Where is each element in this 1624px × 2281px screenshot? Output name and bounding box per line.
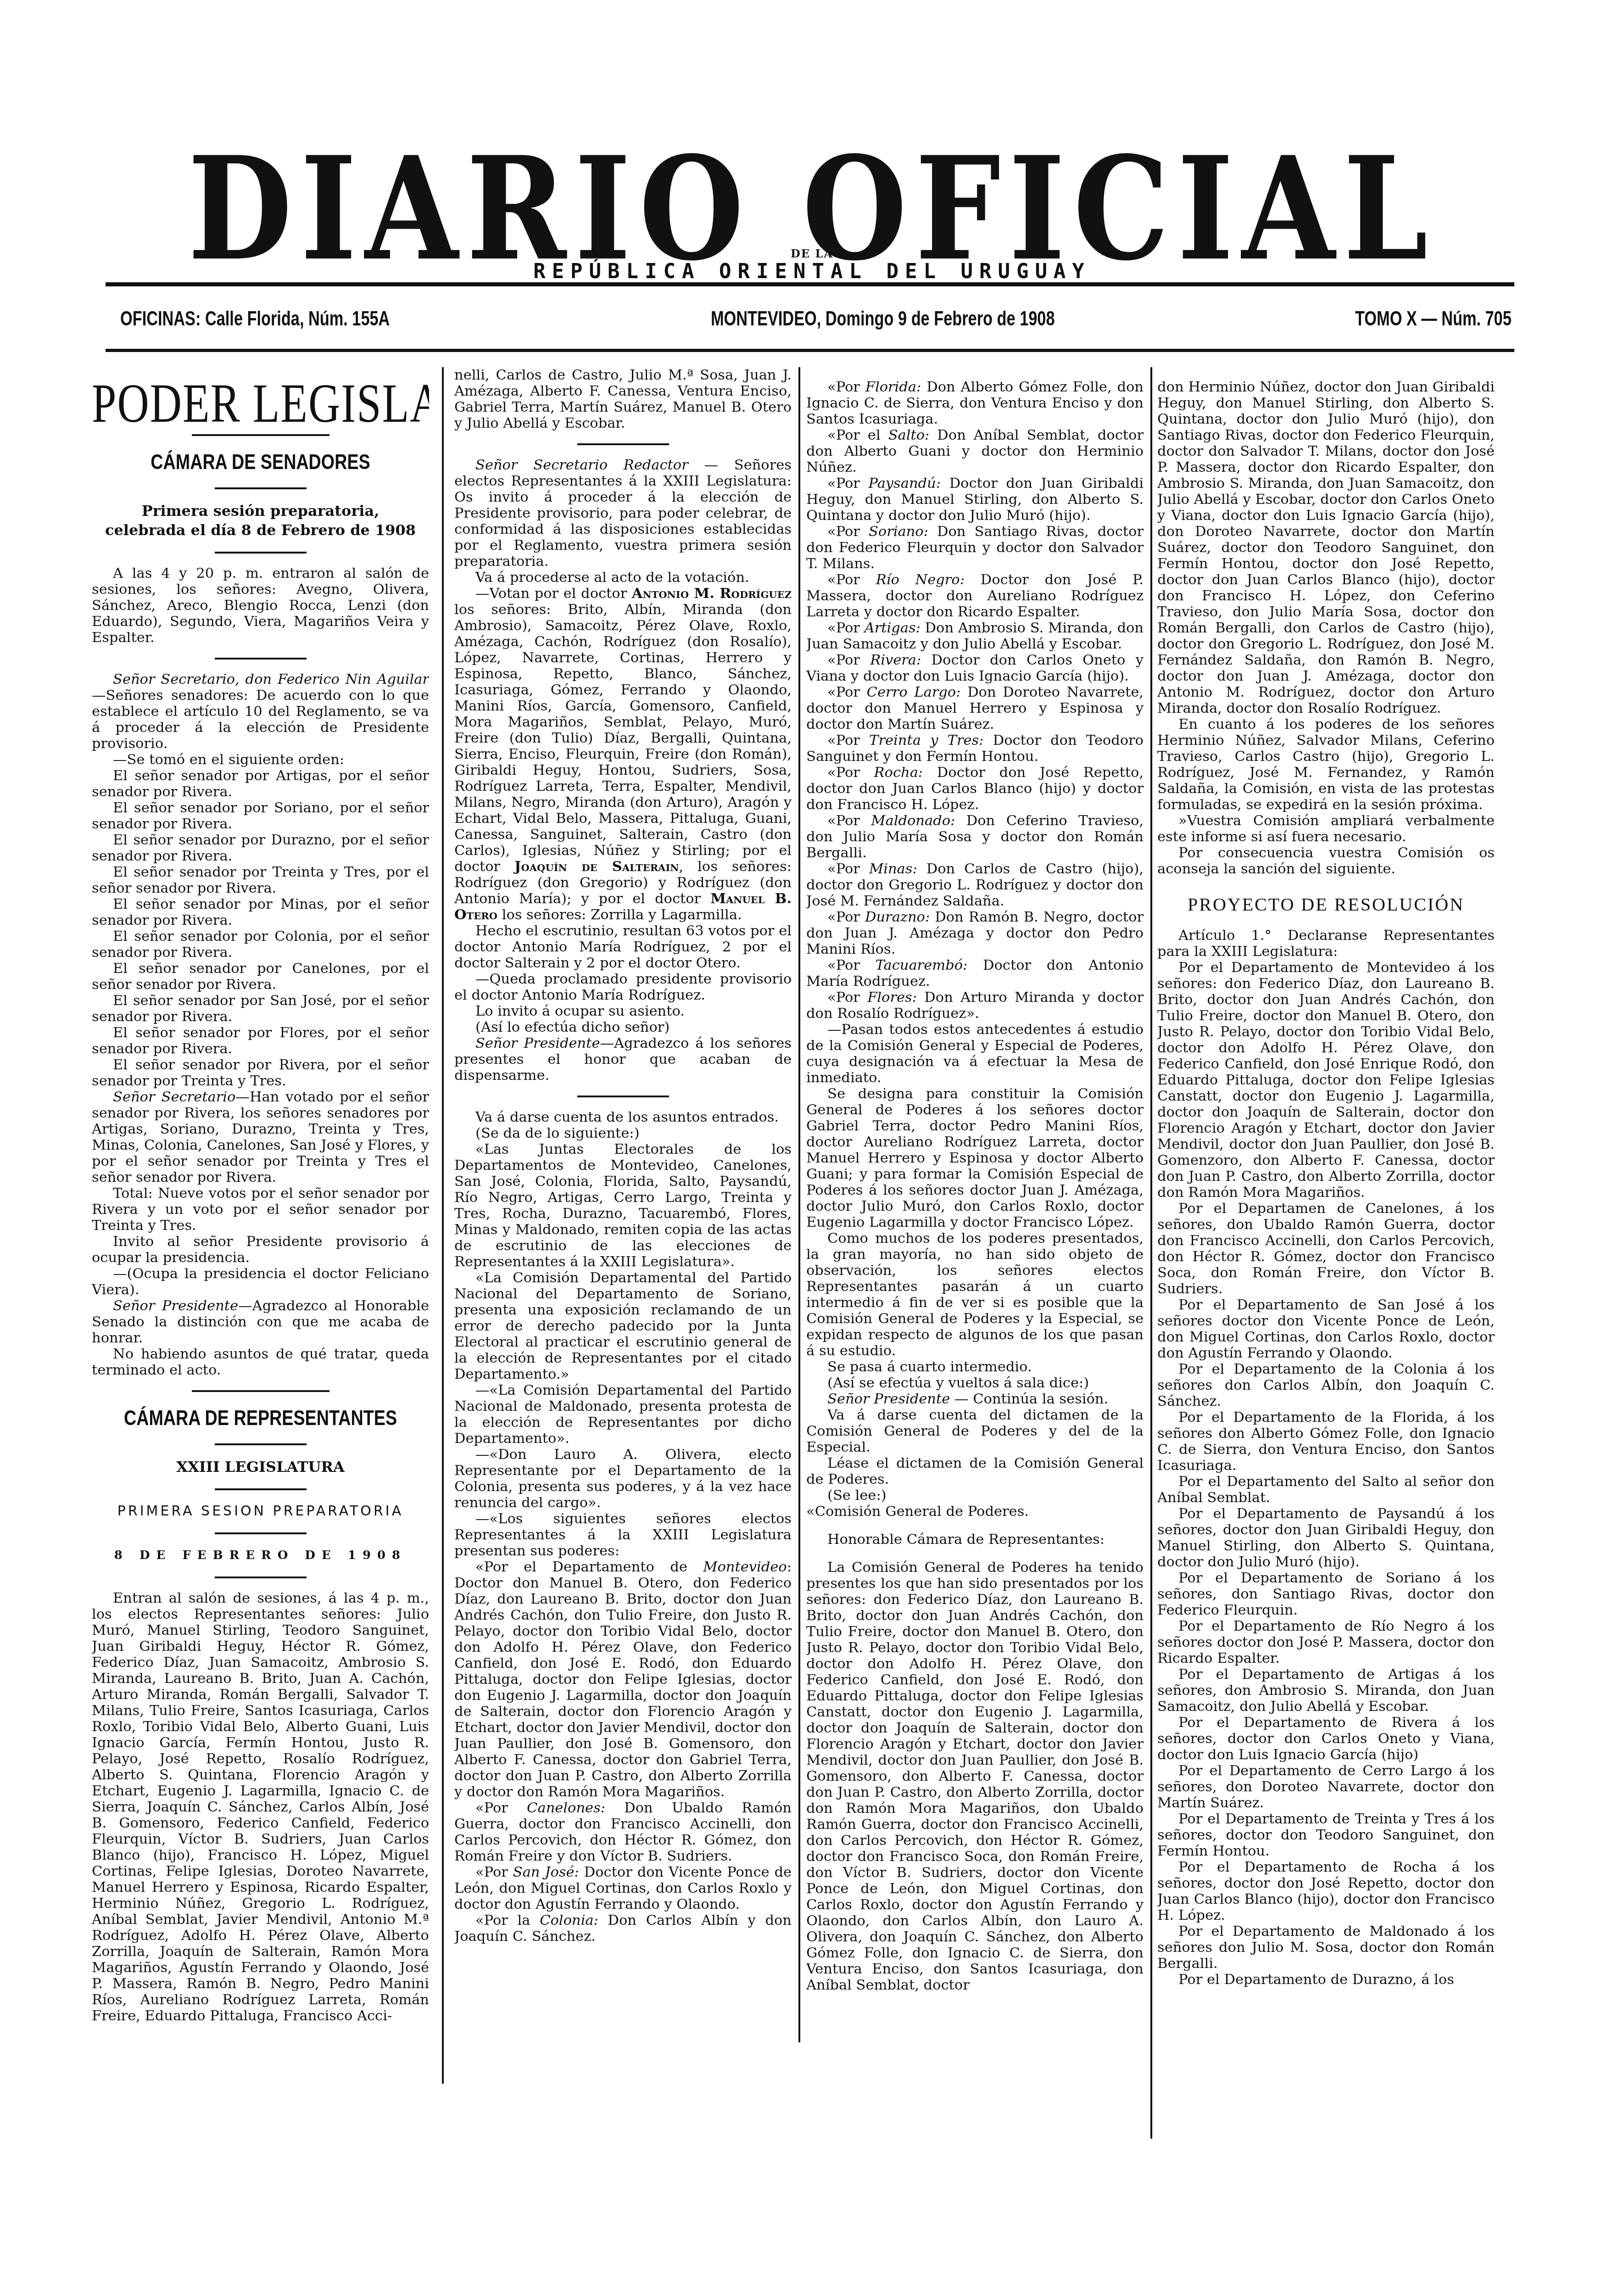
paragraph: Por el Departamen de Canelones, á los se… (1157, 1201, 1495, 1297)
section-rule (215, 1443, 307, 1445)
paragraph: —Pasan todos estos antecedentes á estudi… (806, 1022, 1144, 1086)
text-run: El señor senador por Durazno, por el señ… (92, 832, 429, 864)
paragraph: Por el Departamento de Río Negro á los s… (1157, 1618, 1495, 1666)
speaker-label: Río Negro: (876, 572, 965, 588)
text-run: «Las Juntas Electorales de los Departame… (454, 1141, 792, 1270)
text-run: —(Ocupa la presidencia el doctor Felicia… (92, 1266, 429, 1298)
text-run: «Por (827, 813, 871, 829)
text-run: «Por (475, 1800, 527, 1816)
text-run: Por el Departamento de Río Negro á los s… (1157, 1618, 1495, 1666)
text-run: — Continúa la sesión. (950, 1391, 1108, 1407)
text-run: Va á darse cuenta del dictamen de la Com… (806, 1407, 1144, 1455)
text-run: — Señores electos Representantes á la XX… (454, 457, 792, 570)
paragraph: «Por Cerro Largo: Don Doroteo Navarrete,… (806, 684, 1144, 732)
speaker-label: Señor Presidente (475, 1035, 600, 1051)
text-run: En cuanto á los poderes de los señores H… (1157, 716, 1495, 813)
paragraph: Por el Departamento de la Colonia á los … (1157, 1361, 1495, 1409)
speaker-label: Montevideo (703, 1559, 787, 1575)
text-run: don Herminio Núñez, doctor don Juan Giri… (1157, 379, 1495, 716)
text-run: «Comisión General de Poderes. (806, 1504, 1029, 1520)
paragraph: Lo invito á ocupar su asiento. (454, 1003, 792, 1019)
text-run: El señor senador por Soriano, por el señ… (92, 800, 429, 832)
text-run: Por el Departamento de Rivera á los seño… (1157, 1715, 1495, 1763)
text-run: El señor senador por Rivera, por el seño… (92, 1057, 429, 1089)
text-run: «Por (827, 652, 870, 668)
paragraph: El señor senador por San José, por el se… (92, 993, 429, 1025)
text-run: El señor senador por Treinta y Tres, por… (92, 864, 429, 896)
paragraph: Por consecuencia vuestra Comisión os aco… (1157, 845, 1495, 877)
section-heading: XXIII LEGISLATURA (92, 1457, 429, 1476)
section-rule (577, 1096, 669, 1097)
text-run: Por el Departamento de Maldonado á los s… (1157, 1923, 1495, 1972)
paragraph: El señor senador por Rivera, por el seño… (92, 1057, 429, 1089)
candidate-name: Antonio M. Rodríguez (632, 585, 792, 602)
text-run: «Por (827, 765, 874, 781)
paragraph: Señor Presidente—Agradezco á los señores… (454, 1035, 792, 1084)
spacer (806, 367, 1144, 379)
paragraph: —«La Comisión Departamental del Partido … (454, 1382, 792, 1447)
speaker-label: San José: (513, 1864, 579, 1880)
column-divider (442, 367, 444, 2084)
text-run: Por consecuencia vuestra Comisión os aco… (1157, 845, 1495, 877)
paragraph: —Votan por el doctor Antonio M. Rodrígue… (454, 586, 792, 923)
paragraph: Léase el dictamen de la Comisión General… (806, 1455, 1144, 1487)
paragraph: —Se tomó en el siguiente orden: (92, 752, 429, 768)
column-1: PODER LEGISLATIVOCÁMARA DE SENADORESPrim… (92, 367, 429, 2240)
section-heading: CÁMARA DE REPRESENTANTES (122, 1404, 399, 1431)
paragraph: «Por Río Negro: Doctor don José P. Masse… (806, 572, 1144, 620)
column-divider (1150, 367, 1152, 2139)
text-run: —«La Comisión Departamental del Partido … (454, 1382, 792, 1447)
paragraph: Señor Secretario Redactor — Señores elec… (454, 457, 792, 570)
paragraph: Por el Departamento del Salto al señor d… (1157, 1474, 1495, 1506)
masthead-de-la: DE LA (0, 247, 1624, 260)
paragraph: El señor senador por Colonia, por el señ… (92, 928, 429, 961)
paragraph: «Por Florida: Don Alberto Gómez Folle, d… (806, 379, 1144, 427)
text-run: La Comisión General de Poderes ha tenido… (806, 1560, 1144, 1993)
speaker-label: Señor Presidente (113, 1298, 238, 1314)
text-run: A las 4 y 20 p. m. entraron al salón de … (92, 565, 429, 646)
text-run: El señor senador por Canelones, por el s… (92, 961, 429, 993)
spacer (1157, 367, 1495, 379)
paragraph: Por el Departamento de Paysandú á los se… (1157, 1506, 1495, 1570)
text-run: «Por (475, 1864, 513, 1880)
paragraph: Total: Nueve votos por el señor senador … (92, 1185, 429, 1234)
paragraph: Por el Departamento de Cerro Largo á los… (1157, 1763, 1495, 1811)
speaker-label: Treinta y Tres: (869, 732, 983, 749)
paragraph: Por el Departamento de Montevideo á los … (1157, 960, 1495, 1201)
paragraph: «Por Rivera: Doctor don Carlos Oneto y V… (806, 652, 1144, 684)
text-run: (Se da de lo siguiente:) (475, 1125, 640, 1141)
section-heading: CÁMARA DE SENADORES (122, 448, 399, 475)
text-run: —«Don Lauro A. Olivera, electo Represent… (454, 1447, 792, 1511)
text-run: «Por el Departamento de (475, 1559, 703, 1575)
candidate-name: Joaquín de Salterain (514, 858, 679, 875)
speaker-label: Cerro Largo: (867, 684, 961, 700)
newspaper-page: DIARIO OFICIAL DE LA REPÚBLICA ORIENTAL … (0, 0, 1624, 2281)
text-run: —Pasan todos estos antecedentes á estudi… (806, 1022, 1144, 1086)
paragraph: Se pasa á cuarto intermedio. (806, 1359, 1144, 1375)
paragraph: «Por Treinta y Tres: Doctor don Teodoro … (806, 732, 1144, 765)
text-run: Va á procederse al acto de la votación. (475, 570, 749, 586)
paragraph: «Por Minas: Don Carlos de Castro (hijo),… (806, 861, 1144, 909)
paragraph: «Por Paysandú: Doctor don Juan Giribaldi… (806, 475, 1144, 524)
paragraph: Hecho el escrutinio, resultan 63 votos p… (454, 923, 792, 971)
paragraph: Por el Departamento de Treinta y Tres á … (1157, 1811, 1495, 1859)
paragraph: A las 4 y 20 p. m. entraron al salón de … (92, 565, 429, 646)
text-run: Léase el dictamen de la Comisión General… (806, 1455, 1144, 1487)
paragraph: «La Comisión Departamental del Partido N… (454, 1270, 792, 1382)
paragraph: Por el Departamento de Rivera á los seño… (1157, 1715, 1495, 1763)
paragraph: «Comisión General de Poderes. (806, 1504, 1144, 1520)
speaker-label: Canelones: (527, 1800, 605, 1816)
speaker-label: Flores: (867, 990, 917, 1006)
text-run: Honorable Cámara de Representantes: (827, 1532, 1105, 1548)
section-rule (215, 1488, 307, 1490)
text-run: Por el Departamento de la Colonia á los … (1157, 1361, 1495, 1409)
text-run: «Por (827, 990, 867, 1006)
paragraph: (Se lee:) (806, 1487, 1144, 1504)
paragraph: «Por Maldonado: Don Ceferino Travieso, d… (806, 813, 1144, 861)
text-run: Por el Departamento de Montevideo á los … (1157, 960, 1495, 1201)
paragraph: Por el Departamento de Soriano á los señ… (1157, 1570, 1495, 1618)
text-run: Invito al señor Presidente provisorio á … (92, 1234, 429, 1266)
paragraph: El señor senador por Soriano, por el señ… (92, 800, 429, 832)
section-rule (577, 443, 669, 445)
paragraph: «Por la Colonia: Don Carlos Albín y don … (454, 1912, 792, 1945)
section-rule (215, 1532, 307, 1534)
section-rule (215, 552, 307, 553)
speaker-label: Señor Secretario (113, 1089, 235, 1105)
text-run: El señor senador por Artigas, por el señ… (92, 768, 429, 800)
paragraph: «Las Juntas Electorales de los Departame… (454, 1141, 792, 1270)
paragraph: (Así se efectúa y vueltos á sala dice:) (806, 1375, 1144, 1391)
text-run: «Por (827, 620, 865, 636)
text-run: No habiendo asuntos de qué tratar, queda… (92, 1346, 429, 1378)
text-run: Va á darse cuenta de los asuntos entrado… (475, 1109, 779, 1125)
paragraph: Se designa para constituir la Comisión G… (806, 1086, 1144, 1230)
paragraph: En cuanto á los poderes de los señores H… (1157, 716, 1495, 813)
text-run: «Por (827, 957, 876, 973)
section-rule (215, 487, 307, 489)
paragraph: «Por San José: Doctor don Vicente Ponce … (454, 1864, 792, 1912)
speaker-label: Señor Secretario, don Federico Nin Aguil… (113, 671, 429, 688)
text-run: Por el Departamento de Durazno, á los (1178, 1972, 1454, 1988)
paragraph: don Herminio Núñez, doctor don Juan Giri… (1157, 379, 1495, 716)
paragraph: Por el Departamento de Durazno, á los (1157, 1972, 1495, 1988)
text-run: Por el Departamento del Salto al señor d… (1157, 1474, 1495, 1506)
paragraph: «Por Soriano: Don Santiago Rivas, doctor… (806, 524, 1144, 572)
speaker-label: Durazno: (865, 909, 930, 925)
text-run: nelli, Carlos de Castro, Julio M.ª Sosa,… (454, 367, 792, 431)
text-run: Por el Departamen de Canelones, á los se… (1157, 1201, 1495, 1297)
speaker-label: Artigas: (865, 620, 921, 636)
text-run: «Por (827, 379, 865, 395)
spacer (806, 1548, 1144, 1560)
column-4: don Herminio Núñez, doctor don Juan Giri… (1157, 367, 1495, 2240)
text-run: «La Comisión Departamental del Partido N… (454, 1270, 792, 1382)
text-run: »Vuestra Comisión ampliará verbalmente e… (1157, 813, 1495, 845)
section-heading: PODER LEGISLATIVO (92, 372, 429, 435)
speaker-label: Rocha: (874, 765, 923, 781)
speaker-label: Maldonado: (871, 813, 955, 829)
text-run: (Así se efectúa y vueltos á sala dice:) (827, 1375, 1089, 1391)
paragraph: Va á procederse al acto de la votación. (454, 570, 792, 586)
paragraph: (Se da de lo siguiente:) (454, 1125, 792, 1141)
text-run: Se designa para constituir la Comisión G… (806, 1086, 1144, 1230)
masthead-rule-top (106, 282, 1514, 286)
speaker-label: Señor Secretario Redactor (475, 457, 688, 473)
masthead-subtitle: REPÚBLICA ORIENTAL DEL URUGUAY (0, 260, 1624, 283)
text-run: «Por (827, 572, 876, 588)
text-run: (Se lee:) (827, 1487, 887, 1504)
offices-address: OFICINAS: Calle Florida, Núm. 155A (120, 307, 390, 330)
paragraph: Entran al salón de sesiones, á las 4 p. … (92, 1590, 429, 2024)
speaker-label: Minas: (869, 861, 917, 877)
paragraph: «Por el Departamento de Montevideo: Doct… (454, 1559, 792, 1800)
speaker-label: Florida: (865, 379, 921, 395)
text-run: (Así lo efectúa dicho señor) (475, 1019, 670, 1035)
info-bar: OFICINAS: Calle Florida, Núm. 155A MONTE… (120, 307, 1205, 335)
paragraph: —«Los siguientes señores electos Represe… (454, 1511, 792, 1559)
paragraph: Honorable Cámara de Representantes: (806, 1532, 1144, 1548)
text-run: El señor senador por Flores, por el seño… (92, 1025, 429, 1057)
text-run: Por el Departamento de Rocha á los señor… (1157, 1859, 1495, 1923)
text-run: «Por el (827, 427, 888, 443)
section-heading: celebrada el día 8 de Febrero de 1908 (92, 520, 429, 540)
text-run: —Queda proclamado presidente provisorio … (454, 971, 792, 1003)
paragraph: Por el Departamento de Rocha á los señor… (1157, 1859, 1495, 1923)
paragraph: Señor Secretario, don Federico Nin Aguil… (92, 671, 429, 752)
text-run: Por el Departamento de Paysandú á los se… (1157, 1506, 1495, 1570)
paragraph: Va á darse cuenta de los asuntos entrado… (454, 1109, 792, 1125)
paragraph: —(Ocupa la presidencia el doctor Felicia… (92, 1266, 429, 1298)
section-rule (215, 1577, 307, 1578)
paragraph: Por el Departamento de Maldonado á los s… (1157, 1923, 1495, 1972)
text-run: El señor senador por Minas, por el señor… (92, 896, 429, 928)
paragraph: El señor senador por Treinta y Tres, por… (92, 864, 429, 896)
text-run: «Por (827, 861, 869, 877)
paragraph: El señor senador por Flores, por el seño… (92, 1025, 429, 1057)
paragraph: «Por Flores: Don Arturo Miranda y doctor… (806, 990, 1144, 1022)
paragraph: Como muchos de los poderes presentados, … (806, 1230, 1144, 1359)
text-run: Hecho el escrutinio, resultan 63 votos p… (454, 923, 792, 971)
text-run: Lo invito á ocupar su asiento. (475, 1003, 685, 1019)
spacer (806, 1520, 1144, 1532)
text-run: «Por la (475, 1912, 540, 1929)
text-run: —Se tomó en el siguiente orden: (113, 752, 344, 768)
paragraph: El señor senador por Canelones, por el s… (92, 961, 429, 993)
speaker-label: Rivera: (870, 652, 921, 668)
volume-number: TOMO X — Núm. 705 (1355, 307, 1512, 330)
paragraph: (Así lo efectúa dicho señor) (454, 1019, 792, 1035)
text-run: «Por (827, 475, 869, 492)
paragraph: No habiendo asuntos de qué tratar, queda… (92, 1346, 429, 1378)
paragraph: «Por Artigas: Don Ambrosio S. Miranda, d… (806, 620, 1144, 652)
column-divider (798, 367, 800, 2042)
text-run: «Por (827, 909, 865, 925)
masthead-rule-bottom (106, 349, 1514, 352)
paragraph: Señor Presidente—Agradezco al Honorable … (92, 1298, 429, 1346)
text-run: Artículo 1.° Declaranse Representantes p… (1157, 928, 1495, 960)
paragraph: Por el Departamento de la Florida, á los… (1157, 1409, 1495, 1474)
paragraph: Por el Departamento de San José á los se… (1157, 1297, 1495, 1361)
text-run: Como muchos de los poderes presentados, … (806, 1230, 1144, 1359)
text-run: «Por (827, 684, 867, 700)
text-run: Entran al salón de sesiones, á las 4 p. … (92, 1590, 429, 2024)
paragraph: «Por el Salto: Don Aníbal Semblat, docto… (806, 427, 1144, 475)
paragraph: —«Don Lauro A. Olivera, electo Represent… (454, 1447, 792, 1511)
text-run: Por el Departamento de Cerro Largo á los… (1157, 1763, 1495, 1811)
text-run: los señores: Brito, Albín, Miranda (don … (454, 602, 792, 875)
paragraph: nelli, Carlos de Castro, Julio M.ª Sosa,… (454, 367, 792, 431)
text-run: Por el Departamento de San José á los se… (1157, 1297, 1495, 1361)
speaker-label: Señor Presidente (827, 1391, 950, 1407)
text-run: Se pasa á cuarto intermedio. (827, 1359, 1032, 1375)
paragraph: Artículo 1.° Declaranse Representantes p… (1157, 928, 1495, 960)
speaker-label: Salto: (888, 427, 930, 443)
text-run: El señor senador por San José, por el se… (92, 993, 429, 1025)
section-rule (192, 1390, 329, 1392)
column-3: «Por Florida: Don Alberto Gómez Folle, d… (806, 367, 1144, 2240)
section-heading: 8 DE FEBRERO DE 1908 (92, 1546, 429, 1565)
paragraph: »Vuestra Comisión ampliará verbalmente e… (1157, 813, 1495, 845)
section-rule (215, 658, 307, 660)
text-run: «Por (827, 732, 869, 749)
speaker-label: Paysandú: (869, 475, 941, 492)
dateline: MONTEVIDEO, Domingo 9 de Febrero de 1908 (711, 307, 1055, 330)
speaker-label: Colonia: (540, 1912, 598, 1929)
paragraph: El señor senador por Minas, por el señor… (92, 896, 429, 928)
text-run: : Doctor don Manuel B. Otero, don Federi… (454, 1559, 792, 1800)
text-run: Por el Departamento de Treinta y Tres á … (1157, 1811, 1495, 1859)
section-heading: Primera sesión preparatoria, (92, 501, 429, 520)
text-run: —«Los siguientes señores electos Represe… (454, 1511, 792, 1559)
paragraph: Invito al señor Presidente provisorio á … (92, 1234, 429, 1266)
text-run: Por el Departamento de Artigas á los señ… (1157, 1666, 1495, 1715)
paragraph: Señor Secretario—Han votado por el señor… (92, 1089, 429, 1185)
text-run: El señor senador por Colonia, por el señ… (92, 928, 429, 961)
paragraph: «Por Durazno: Don Ramón B. Negro, doctor… (806, 909, 1144, 957)
paragraph: —Queda proclamado presidente provisorio … (454, 971, 792, 1003)
section-heading: PROYECTO DE RESOLUCIÓN (1157, 891, 1495, 918)
paragraph: La Comisión General de Poderes ha tenido… (806, 1560, 1144, 1993)
speaker-label: Soriano: (869, 524, 928, 540)
column-2: nelli, Carlos de Castro, Julio M.ª Sosa,… (454, 367, 792, 2240)
paragraph: El señor senador por Artigas, por el señ… (92, 768, 429, 800)
paragraph: Señor Presidente — Continúa la sesión. (806, 1391, 1144, 1407)
text-run: «Por (827, 524, 869, 540)
text-run: Por el Departamento de Soriano á los señ… (1157, 1570, 1495, 1618)
paragraph: «Por Canelones: Don Ubaldo Ramón Guerra,… (454, 1800, 792, 1864)
paragraph: El señor senador por Durazno, por el señ… (92, 832, 429, 864)
speaker-label: Tacuarembó: (876, 957, 968, 973)
text-run: —Votan por el doctor (475, 586, 632, 602)
text-run: los señores: Zorrilla y Lagarmilla. (497, 907, 742, 923)
section-heading: PRIMERA SESION PREPARATORIA (92, 1502, 429, 1521)
paragraph: «Por Tacuarembó: Doctor don Antonio Marí… (806, 957, 1144, 990)
paragraph: Por el Departamento de Artigas á los señ… (1157, 1666, 1495, 1715)
text-run: Total: Nueve votos por el señor senador … (92, 1185, 429, 1234)
paragraph: «Por Rocha: Doctor don José Repetto, doc… (806, 765, 1144, 813)
text-run: —Señores senadores: De acuerdo con lo qu… (92, 688, 429, 752)
text-run: Por el Departamento de la Florida, á los… (1157, 1409, 1495, 1474)
paragraph: Va á darse cuenta del dictamen de la Com… (806, 1407, 1144, 1455)
